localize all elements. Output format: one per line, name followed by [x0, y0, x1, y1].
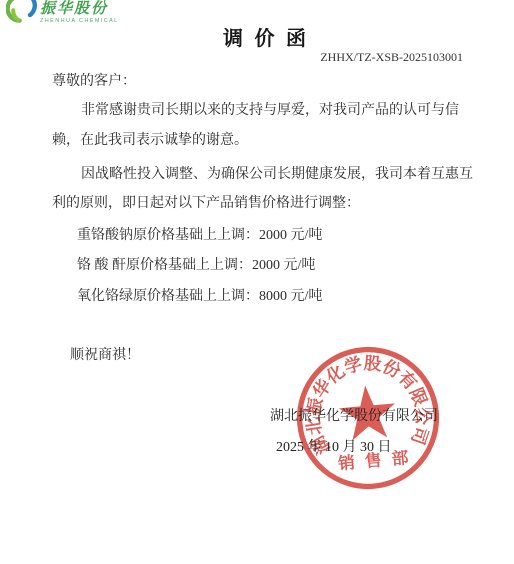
- paragraph2-line2: 利的原则，即日起对以下产品销售价格进行调整：: [52, 192, 360, 212]
- logo-swirl-icon: [6, 0, 38, 23]
- price-item-chromic-anhydride: 铬 酸 酐原价格基础上上调：2000 元/吨: [77, 254, 315, 274]
- salutation: 尊敬的客户：: [52, 70, 136, 90]
- paragraph1-line2: 赖，在此我司表示诚挚的谢意。: [52, 129, 248, 149]
- paragraph1-line1: 非常感谢贵司长期以来的支持与厚爱，对我司产品的认可与信: [81, 99, 459, 119]
- paragraph2-line1: 因战略性投入调整、为确保公司长期健康发展，我司本着互惠互: [81, 163, 473, 183]
- price-adjustment-letter: 振华股份 ZHENHUA CHEMICAL 调 价 函 ZHHX/TZ-XSB-…: [0, 0, 514, 564]
- letter-title: 调 价 函: [9, 22, 514, 51]
- signature-date: 2025 年 10 月 30 日: [276, 436, 392, 456]
- closing-wishes: 顺祝商祺！: [70, 344, 140, 364]
- signature-company: 湖北振华化学股份有限公司: [270, 405, 438, 425]
- reference-number: ZHHX/TZ-XSB-2025103001: [320, 50, 463, 65]
- price-item-sodium-dichromate: 重铬酸钠原价格基础上上调：2000 元/吨: [77, 224, 322, 244]
- price-item-chrome-oxide-green: 氧化铬绿原价格基础上上调：8000 元/吨: [77, 285, 322, 305]
- logo-company-name-cn: 振华股份: [40, 0, 119, 18]
